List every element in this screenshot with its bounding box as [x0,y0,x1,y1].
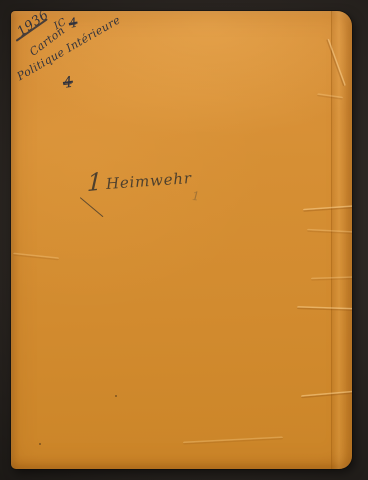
paper-speck [39,443,41,445]
annotation-crossed-number: 4 [62,73,74,92]
crease-line [183,436,283,444]
faint-pencil-mark: 1 [192,189,201,203]
title-word: Heimwehr [105,169,192,193]
annotation-carton-number: 4 [68,16,79,32]
paper-speck [115,395,117,397]
crease-line [13,253,59,261]
title-flourish-stroke [80,197,104,217]
scan-background: 1936 Carton IC 4 Politique Intérieure 4 … [0,0,368,480]
crease-line [297,306,352,311]
title-prefix: 1 [87,167,104,197]
folder-cover: 1936 Carton IC 4 Politique Intérieure 4 … [11,11,352,469]
